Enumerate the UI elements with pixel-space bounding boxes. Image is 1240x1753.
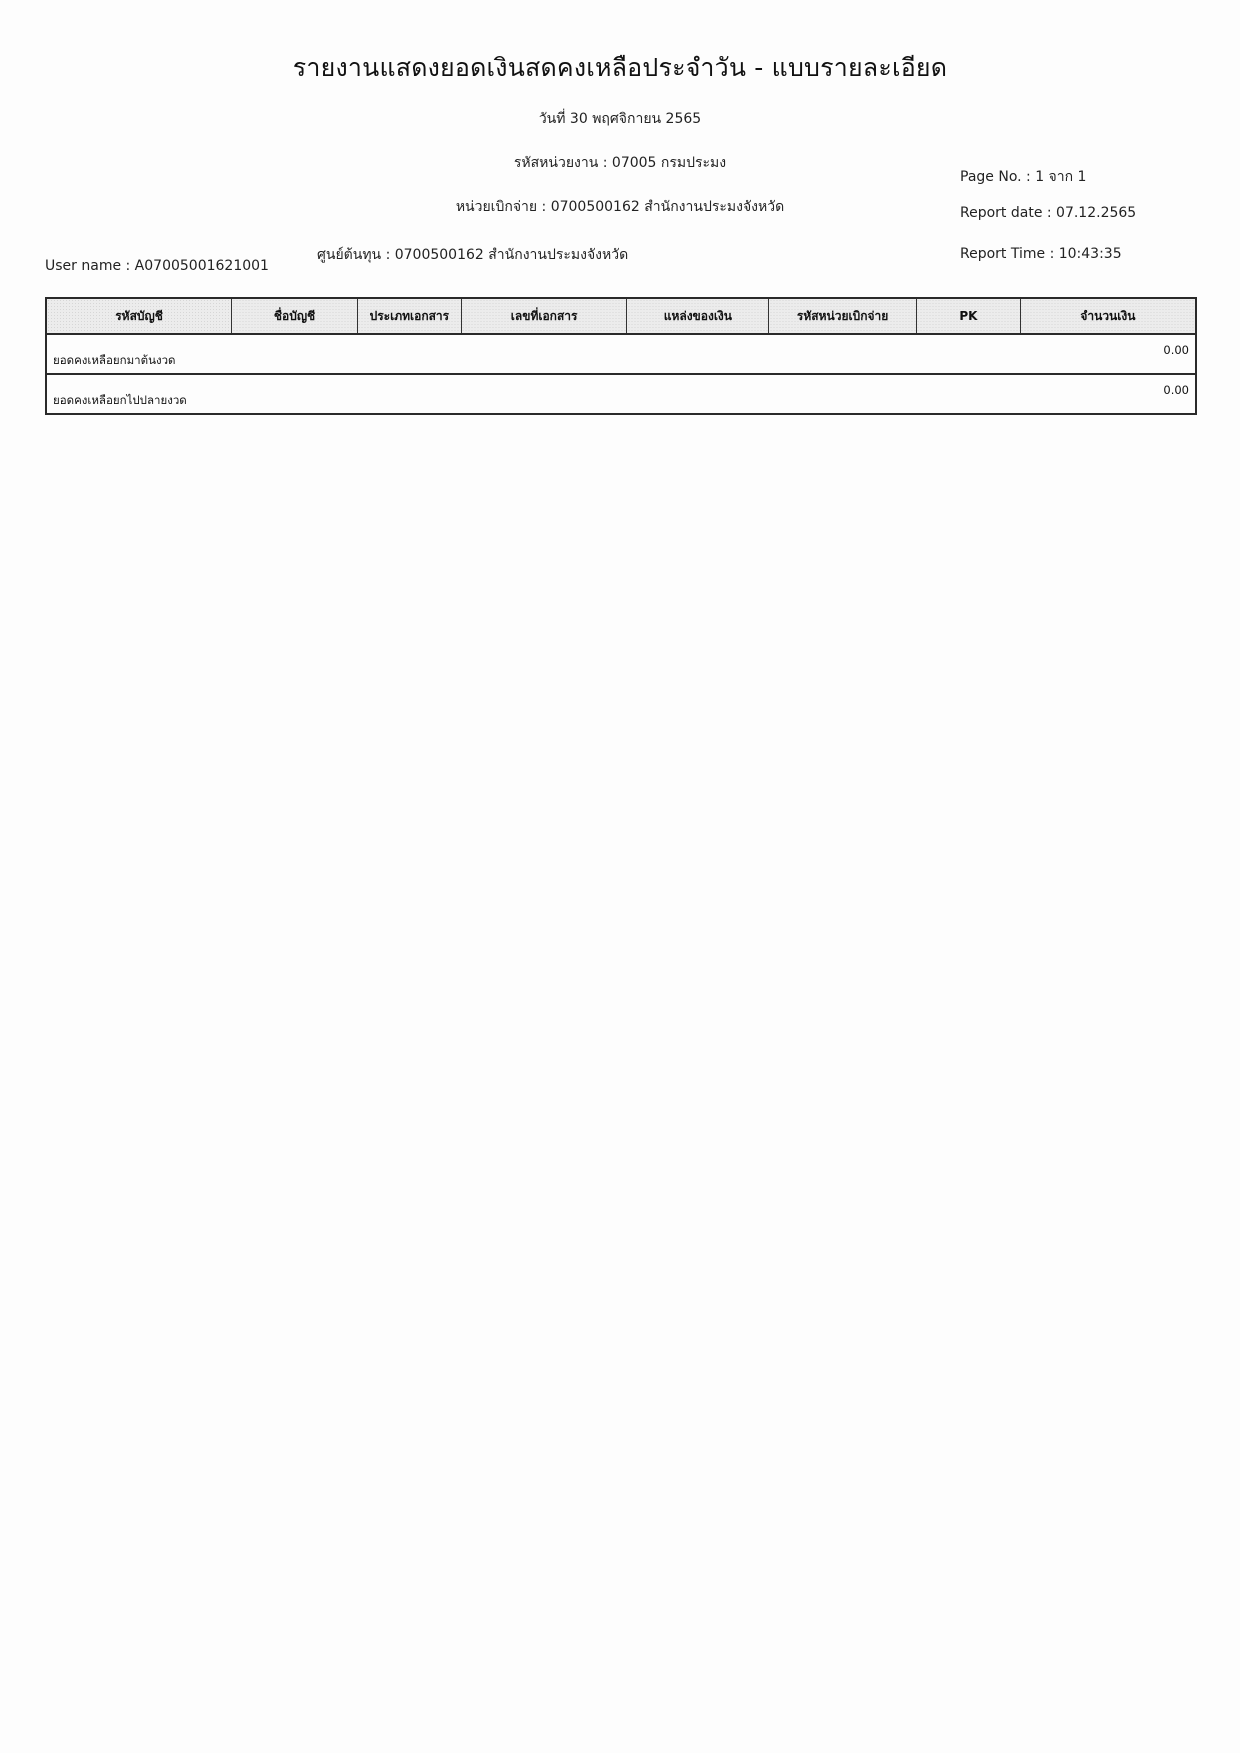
report-title: รายงานแสดงยอดเงินสดคงเหลือประจำวัน - แบบ… [0, 48, 1240, 88]
column-header-disbursement-unit-code: รหัสหน่วยเบิกจ่าย [769, 298, 917, 334]
user-name-line: User name : A07005001621001 [45, 258, 269, 274]
table-row-opening-balance: ยอดคงเหลือยกมาต้นงวด 0.00 [46, 334, 1196, 374]
report-date: Report date : 07.12.2565 [960, 205, 1136, 221]
page-number: Page No. : 1 จาก 1 [960, 166, 1086, 188]
table-row-closing-balance: ยอดคงเหลือยกไปปลายงวด 0.00 [46, 374, 1196, 414]
closing-balance-label: ยอดคงเหลือยกไปปลายงวด [46, 374, 1020, 414]
report-date-line: วันที่ 30 พฤศจิกายน 2565 [0, 108, 1240, 130]
column-header-document-type: ประเภทเอกสาร [357, 298, 461, 334]
report-page: รายงานแสดงยอดเงินสดคงเหลือประจำวัน - แบบ… [0, 0, 1240, 1753]
report-time: Report Time : 10:43:35 [960, 246, 1122, 262]
column-header-account-name: ชื่อบัญชี [232, 298, 358, 334]
column-header-pk: PK [916, 298, 1020, 334]
opening-balance-amount: 0.00 [1020, 334, 1196, 374]
cash-balance-table: รหัสบัญชี ชื่อบัญชี ประเภทเอกสาร เลขที่เ… [45, 297, 1197, 415]
column-header-document-number: เลขที่เอกสาร [461, 298, 627, 334]
cost-center-line: ศูนย์ต้นทุน : 0700500162 สำนักงานประมงจั… [317, 244, 628, 266]
table-header-row: รหัสบัญชี ชื่อบัญชี ประเภทเอกสาร เลขที่เ… [46, 298, 1196, 334]
column-header-amount: จำนวนเงิน [1020, 298, 1196, 334]
column-header-fund-source: แหล่งของเงิน [627, 298, 769, 334]
column-header-account-code: รหัสบัญชี [46, 298, 232, 334]
opening-balance-label: ยอดคงเหลือยกมาต้นงวด [46, 334, 1020, 374]
closing-balance-amount: 0.00 [1020, 374, 1196, 414]
